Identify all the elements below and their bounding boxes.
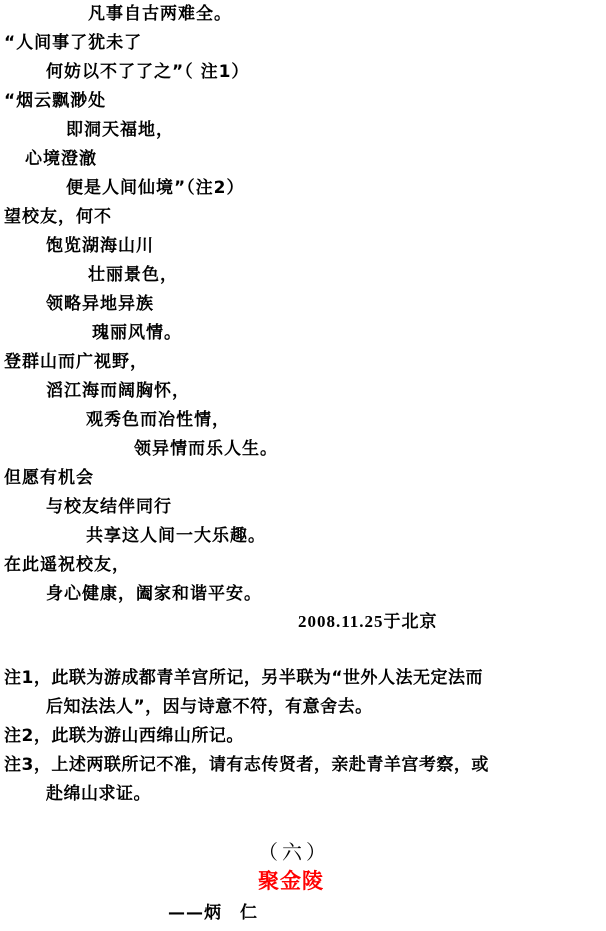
poem-line: 与校友结伴同行 [46, 497, 172, 517]
poem-line: 何妨以不了了之”（ 注1） [46, 62, 249, 82]
poem-line: 即洞天福地， [66, 120, 174, 140]
poem-line: 滔江海而阔胸怀， [46, 381, 190, 401]
poem-line: 在此遥祝校友， [4, 555, 130, 575]
date-place: 2008.11.25于北京 [298, 612, 438, 632]
footnote-3-line-1: 注3，上述两联所记不准，请有志传贤者，亲赴青羊宫考察，或 [4, 755, 489, 775]
poem-line: 领异情而乐人生。 [134, 439, 278, 459]
section-number: （六） [258, 842, 330, 862]
poem-line: 饱览湖海山川 [46, 236, 154, 256]
poem-line: 身心健康，阖家和谐平安。 [46, 584, 262, 604]
poem-line: 瑰丽风情。 [92, 323, 182, 343]
poem-line: “人间事了犹未了 [4, 33, 142, 53]
poem-line: 但愿有机会 [4, 468, 94, 488]
poem-line: 心境澄澈 [25, 149, 97, 169]
poem-line: 壮丽景色， [88, 265, 178, 285]
section-title: 聚金陵 [258, 871, 324, 891]
poem-line: 领略异地异族 [46, 294, 154, 314]
footnote-3-line-2: 赴绵山求证。 [46, 784, 151, 804]
footnote-1-line-2: 后知法法人”，因与诗意不符，有意舍去。 [46, 697, 373, 717]
footnote-2-line-1: 注2，此联为游山西绵山所记。 [4, 726, 244, 746]
poem-line: 凡事自古两难全。 [88, 4, 232, 24]
poem-line: “烟云飘渺处 [4, 91, 106, 111]
author-byline: ——炳 仁 [168, 903, 258, 923]
poem-line: 便是人间仙境”（注2） [66, 178, 245, 198]
poem-line: 观秀色而冶性情， [86, 410, 230, 430]
poem-line: 共享这人间一大乐趣。 [86, 526, 266, 546]
poem-line: 登群山而广视野， [4, 352, 148, 372]
poem-line: 望校友，何不 [4, 207, 112, 227]
footnote-1-line-1: 注1，此联为游成都青羊宫所记，另半联为“世外人法无定法而 [4, 668, 483, 688]
